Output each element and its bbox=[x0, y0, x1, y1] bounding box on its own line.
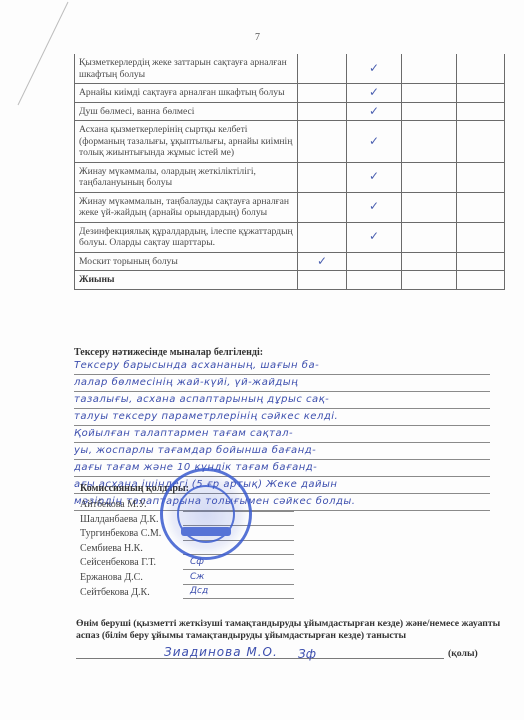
empty-cell bbox=[457, 252, 505, 271]
handwritten-line: уы, жоспарлы тағамдар бойынша бағанд- bbox=[74, 443, 490, 460]
criterion-label: Дезинфекциялық құралдардың, ілеспе құжат… bbox=[75, 222, 298, 252]
empty-cell bbox=[402, 271, 457, 290]
acknowledgement-signature-row: Зиадинова М.О. Зф (қолы) bbox=[76, 645, 506, 661]
signature-line bbox=[183, 598, 294, 599]
empty-cell bbox=[457, 84, 505, 103]
empty-cell bbox=[298, 54, 347, 84]
checkmark-cell: ✓ bbox=[347, 121, 402, 163]
empty-cell bbox=[402, 54, 457, 84]
criterion-label: Душ бөлмесі, ванна бөлмесі bbox=[75, 102, 298, 121]
total-label: Жиыны bbox=[75, 271, 298, 290]
handwritten-signature: Зф bbox=[298, 647, 316, 661]
table-row: Душ бөлмесі, ванна бөлмесі✓ bbox=[75, 102, 505, 121]
empty-cell bbox=[457, 271, 505, 290]
empty-cell bbox=[347, 271, 402, 290]
criterion-label: Жинау мүкәммалы, олардың жеткіліктілігі,… bbox=[75, 162, 298, 192]
empty-cell bbox=[298, 222, 347, 252]
criterion-label: Москит торының болуы bbox=[75, 252, 298, 271]
checkmark-cell: ✓ bbox=[347, 162, 402, 192]
member-name: Ержанова Д.С. bbox=[80, 572, 143, 583]
empty-cell bbox=[402, 192, 457, 222]
member-name: Сейсенбекова Г.Т. bbox=[80, 557, 156, 568]
empty-cell bbox=[298, 102, 347, 121]
stamp-band bbox=[181, 527, 231, 536]
official-stamp bbox=[160, 468, 252, 560]
table-row: Қызметкерлердің жеке заттарын сақтауға а… bbox=[75, 54, 505, 84]
handwritten-line: Қойылған талаптармен тағам сақтал- bbox=[74, 426, 490, 443]
total-row: Жиыны bbox=[75, 271, 505, 290]
empty-cell bbox=[402, 121, 457, 163]
handwritten-line: дағы тағам және 10 күндік тағам бағанд- bbox=[74, 460, 490, 477]
criterion-label: Асхана қызметкерлерінің сыртқы келбеті (… bbox=[75, 121, 298, 163]
empty-cell bbox=[402, 252, 457, 271]
member-name: Шалданбаева Д.К. bbox=[80, 514, 158, 525]
handwritten-line: талуы тексеру параметрлерінің сәйкес кел… bbox=[74, 409, 490, 426]
empty-cell bbox=[457, 54, 505, 84]
empty-cell bbox=[457, 102, 505, 121]
empty-cell bbox=[298, 192, 347, 222]
empty-cell bbox=[402, 162, 457, 192]
table-row: Жинау мүкәммалын, таңбалауды сақтауға ар… bbox=[75, 192, 505, 222]
table-row: Арнайы киімді сақтауға арналған шкафтың … bbox=[75, 84, 505, 103]
member-name: Сембиева Н.К. bbox=[80, 543, 143, 554]
empty-cell bbox=[402, 222, 457, 252]
member-name: Тургинбекова С.М. bbox=[80, 528, 161, 539]
table-row: Москит торының болуы✓ bbox=[75, 252, 505, 271]
signature-caption: (қолы) bbox=[448, 648, 478, 659]
acknowledgement-text: Өнім беруші (қызметті жеткізуші тамақтан… bbox=[76, 618, 506, 642]
criterion-label: Арнайы киімді сақтауға арналған шкафтың … bbox=[75, 84, 298, 103]
criterion-label: Қызметкерлердің жеке заттарын сақтауға а… bbox=[75, 54, 298, 84]
checkmark-cell: ✓ bbox=[347, 102, 402, 121]
empty-cell bbox=[298, 271, 347, 290]
handwritten-name: Зиадинова М.О. bbox=[164, 645, 278, 659]
criterion-label: Жинау мүкәммалын, таңбалауды сақтауға ар… bbox=[75, 192, 298, 222]
empty-cell bbox=[457, 121, 505, 163]
empty-cell bbox=[402, 84, 457, 103]
handwritten-line: Тексеру барысында асхананың, шағын ба- bbox=[74, 358, 490, 375]
handwritten-line: тазалығы, асхана аспаптарының дұрыс сақ- bbox=[74, 392, 490, 409]
table-row: Асхана қызметкерлерінің сыртқы келбеті (… bbox=[75, 121, 505, 163]
empty-cell bbox=[298, 162, 347, 192]
member-signature: Дсд bbox=[190, 585, 208, 598]
checkmark-cell: ✓ bbox=[347, 222, 402, 252]
empty-cell bbox=[457, 222, 505, 252]
empty-cell bbox=[457, 192, 505, 222]
empty-cell bbox=[298, 84, 347, 103]
checkmark-cell: ✓ bbox=[347, 54, 402, 84]
commission-member: Сейсенбекова Г.Т.Сф bbox=[80, 556, 280, 571]
commission-member: Сейтбекова Д.К.Дсд bbox=[80, 586, 280, 601]
checkmark-cell: ✓ bbox=[347, 192, 402, 222]
empty-cell bbox=[402, 102, 457, 121]
empty-cell bbox=[298, 121, 347, 163]
member-name: Айтбекова М.У. bbox=[80, 499, 147, 510]
handwritten-line: лалар бөлмесінің жай-күйі, үй-жайдың bbox=[74, 375, 490, 392]
page-number: 7 bbox=[255, 32, 260, 43]
empty-cell bbox=[457, 162, 505, 192]
member-name: Сейтбекова Д.К. bbox=[80, 587, 150, 598]
table-row: Жинау мүкәммалы, олардың жеткіліктілігі,… bbox=[75, 162, 505, 192]
checkmark-cell: ✓ bbox=[347, 84, 402, 103]
checkmark-cell: ✓ bbox=[298, 252, 347, 271]
commission-member: Ержанова Д.С.Сж bbox=[80, 571, 280, 586]
table-row: Дезинфекциялық құралдардың, ілеспе құжат… bbox=[75, 222, 505, 252]
inspection-checklist-table: Қызметкерлердің жеке заттарын сақтауға а… bbox=[74, 54, 505, 290]
member-signature: Сж bbox=[190, 571, 204, 584]
empty-cell bbox=[347, 252, 402, 271]
corner-pencil-mark bbox=[10, 0, 70, 110]
findings-title: Тексеру нәтижесінде мыналар белгіленді: bbox=[74, 347, 263, 358]
